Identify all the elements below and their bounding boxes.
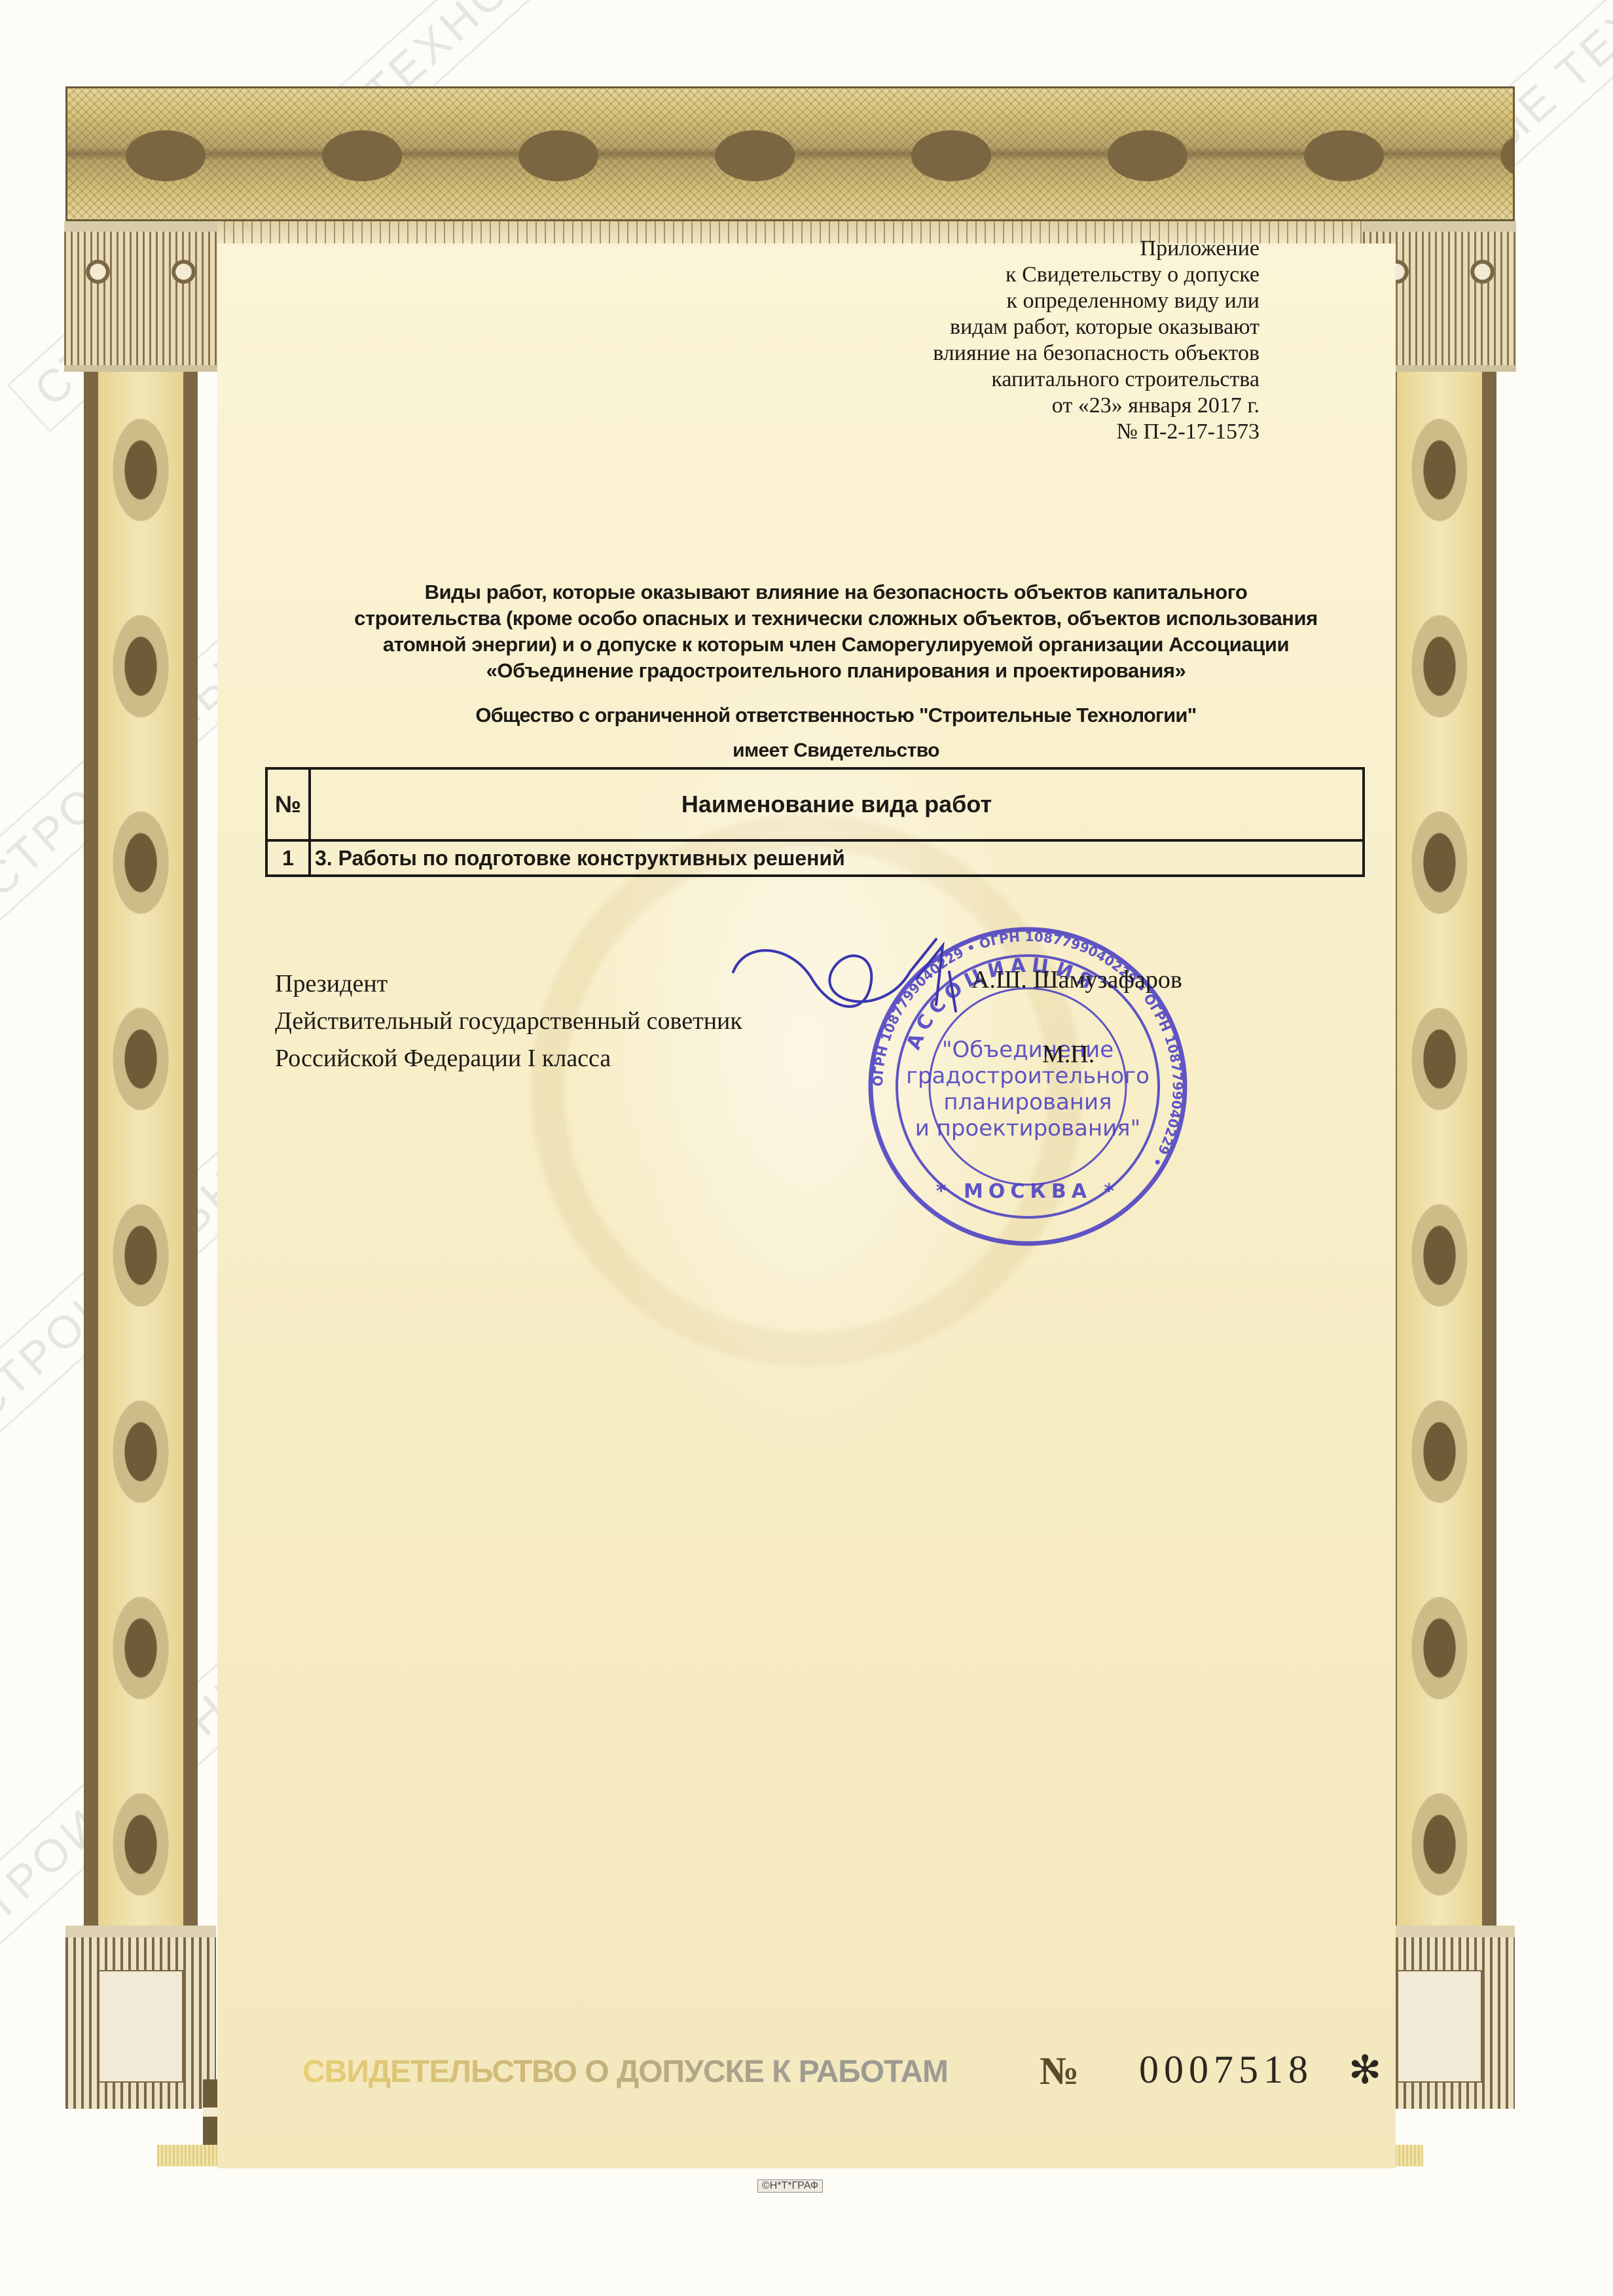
row-work-name: 3. Работы по подготовке конструктивных р… — [310, 840, 1364, 876]
document-paper — [217, 243, 1396, 2168]
title-line: «Объединение градостроительного планиров… — [262, 658, 1410, 684]
row-number: 1 — [266, 840, 310, 876]
printer-imprint: ©Н*Т*ГРАФ — [757, 2179, 823, 2193]
title-line: Виды работ, которые оказывают влияние на… — [262, 579, 1410, 605]
signatory-name: А.Ш. Шамузафаров — [971, 965, 1182, 994]
annex-date: от «23» января 2017 г. — [933, 393, 1260, 419]
guilloche-top-border — [65, 86, 1515, 221]
table-row: 1 3. Работы по подготовке конструктивных… — [266, 840, 1364, 876]
position-line: Российской Федерации I класса — [275, 1040, 742, 1077]
title-line: строительства (кроме особо опасных и тех… — [262, 605, 1410, 632]
title-line: атомной энергии) и о допуске к которым ч… — [262, 632, 1410, 658]
stamp-center-line: и проектирования" — [915, 1115, 1141, 1141]
signatory-position: Президент Действительный государственный… — [275, 965, 742, 1077]
position-line: Действительный государственный советник — [275, 1003, 742, 1040]
has-certificate-text: имеет Свидетельство — [262, 740, 1410, 762]
annex-line: влияние на безопасность объектов — [933, 340, 1260, 367]
number-sign: № — [1040, 2049, 1079, 2094]
annex-header: Приложение к Свидетельству о допуске к о… — [933, 236, 1260, 445]
serial-number: 0007518 — [1139, 2047, 1313, 2092]
annex-number: № П-2-17-1573 — [933, 419, 1260, 445]
annex-line: капитального строительства — [933, 367, 1260, 393]
table-header-row: № Наименование вида работ — [266, 768, 1364, 840]
left-column-ornament — [72, 221, 209, 2109]
annex-line: к определенному виду или — [933, 288, 1260, 314]
annex-line: Приложение — [933, 236, 1260, 262]
works-table: № Наименование вида работ 1 3. Работы по… — [265, 767, 1365, 877]
position-line: Президент — [275, 965, 742, 1003]
stamp-center-line: планирования — [943, 1089, 1112, 1115]
asterisk-flower-icon: ✻ — [1349, 2047, 1381, 2093]
stamp-center-line: градостроительного — [906, 1063, 1150, 1089]
certificate-series-label: СВИДЕТЕЛЬСТВО О ДОПУСКЕ К РАБОТАМ — [302, 2054, 948, 2090]
column-capital-icon — [64, 221, 217, 372]
column-header-work-type: Наименование вида работ — [310, 768, 1364, 840]
annex-line: к Свидетельству о допуске — [933, 262, 1260, 288]
annex-line: видам работ, которые оказывают — [933, 314, 1260, 340]
organization-name: Общество с ограниченной ответственностью… — [262, 704, 1410, 727]
seal-place-label: М.П. — [1042, 1040, 1095, 1069]
document-title: Виды работ, которые оказывают влияние на… — [262, 579, 1410, 684]
column-shaft — [84, 372, 198, 1926]
column-pedestal-icon — [65, 1926, 216, 2109]
stamp-city-text: * МОСКВА * — [936, 1180, 1119, 1203]
column-header-number: № — [266, 768, 310, 840]
handwritten-signature — [720, 933, 995, 1037]
